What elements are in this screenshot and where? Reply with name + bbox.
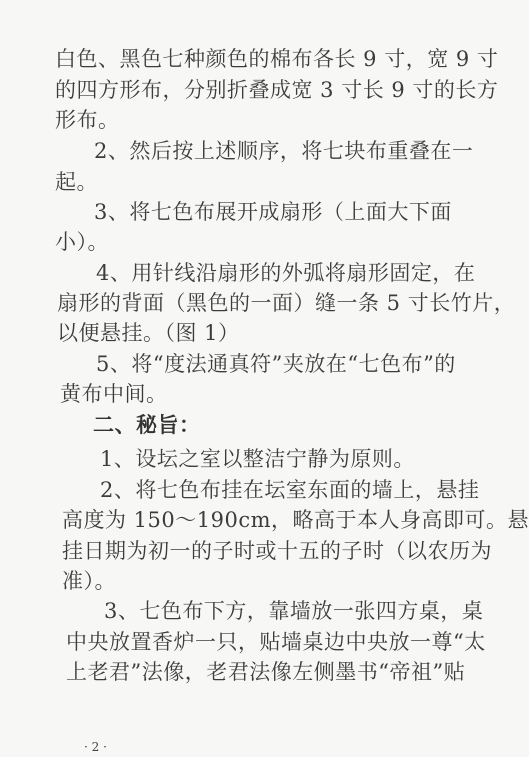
text-line: 1、设坛之室以整洁宁静为原则。 [100,444,415,474]
text-line: 上老君”法像，老君法像左侧墨书“帝祖”贴 [66,657,465,687]
text-line: 以便悬挂。（图 1） [57,318,240,348]
text-line: 准）。 [62,566,116,596]
text-line: 5、将“度法通真符”夹放在“七色布”的 [96,349,456,379]
page-number: · 2 · [84,740,107,754]
text-line: 3、将七色布展开成扇形（上面大下面 [94,197,452,227]
text-line: 中央放置香炉一只，贴墙桌边中央放一尊“太 [66,627,486,657]
text-line: 的四方形布，分别折叠成宽 3 寸长 9 寸的长方 [55,75,498,105]
text-line: 挂日期为初一的子时或十五的子时（以农历为 [62,536,492,566]
text-line: 4、用针线沿扇形的外弧将扇形固定，在 [96,258,475,288]
text-line: 2、然后按上述顺序，将七块布重叠在一 [94,136,473,166]
text-line: 3、七色布下方，靠墙放一张四方桌，桌 [104,596,483,626]
text-line: 小）。 [55,227,109,257]
text-line: 高度为 150～190cm，略高于本人身高即可。悬 [62,505,529,535]
text-line: 白色、黑色七种颜色的棉布各长 9 寸，宽 9 寸 [55,44,498,74]
section-heading: 二、秘旨： [93,410,201,440]
text-line: 起。 [55,167,98,197]
text-line: 2、将七色布挂在坛室东面的墙上，悬挂 [100,475,479,505]
text-line: 黄布中间。 [60,379,168,409]
text-line: 形布。 [55,105,120,135]
document-page: 白色、黑色七种颜色的棉布各长 9 寸，宽 9 寸的四方形布，分别折叠成宽 3 寸… [0,0,529,757]
text-line: 扇形的背面（黑色的一面）缝一条 5 寸长竹片， [57,288,515,318]
